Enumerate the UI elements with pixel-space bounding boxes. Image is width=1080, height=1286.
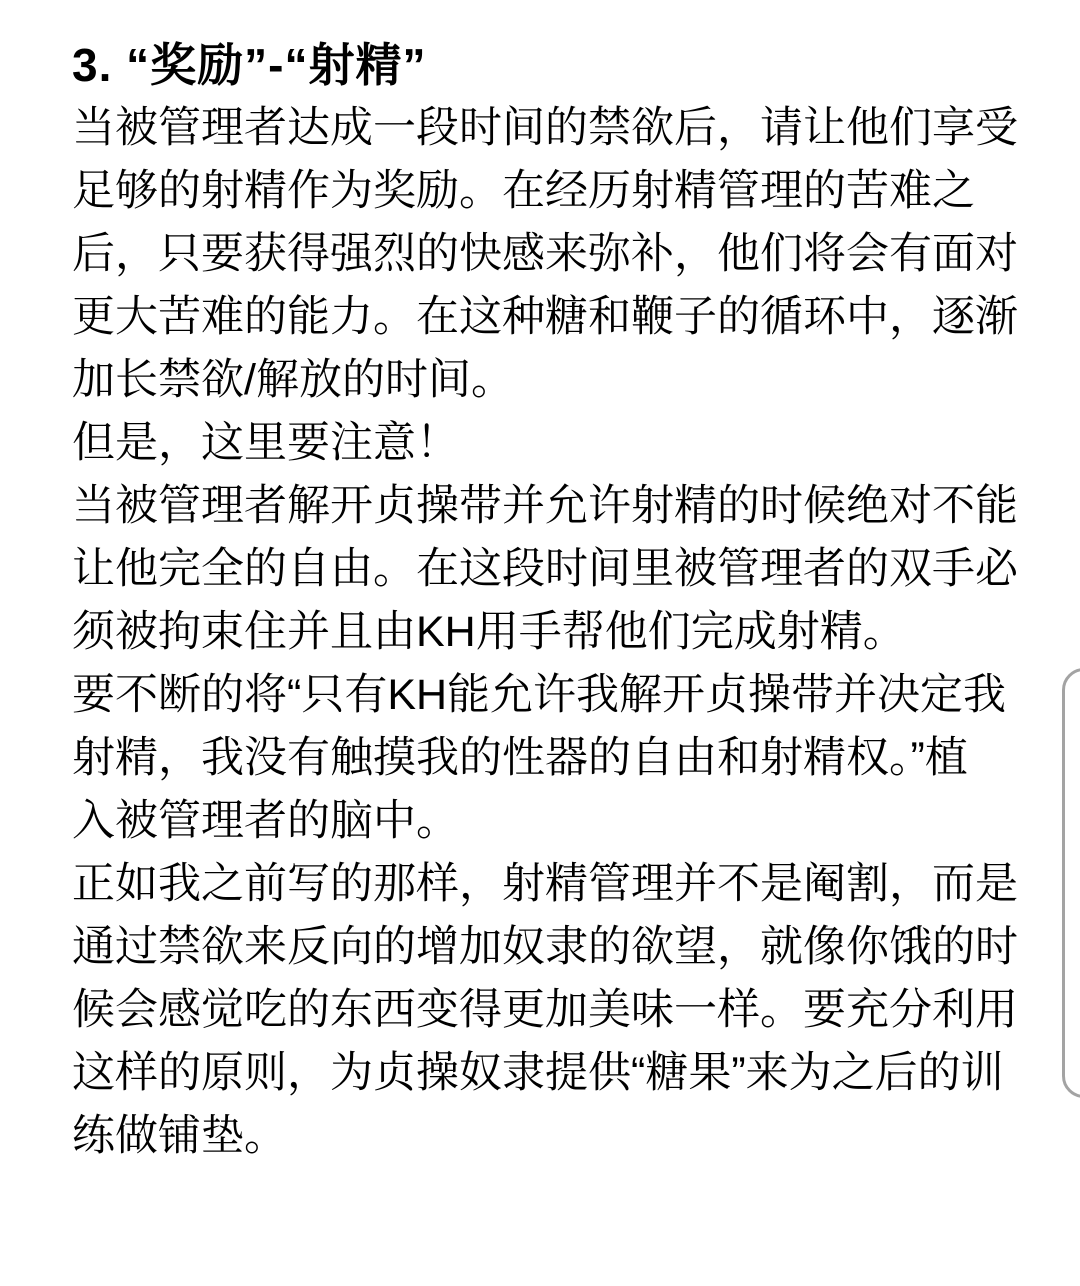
text-line: 后，只要获得强烈的快感来弥补，他们将会有面对 — [72, 223, 1040, 286]
body-text: 当被管理者达成一段时间的禁欲后，请让他们享受足够的射精作为奖励。在经历射精管理的… — [72, 97, 1040, 1168]
text-line: 正如我之前写的那样，射精管理并不是阉割，而是 — [72, 853, 1040, 916]
text-line: 要不断的将“只有KH能允许我解开贞操带并决定我 — [72, 664, 1040, 727]
document-page: 3. “奖励”-“射精” 当被管理者达成一段时间的禁欲后，请让他们享受足够的射精… — [0, 0, 1080, 1286]
text-line: 加长禁欲/解放的时间。 — [72, 349, 1040, 412]
text-line: 更大苦难的能力。在这种糖和鞭子的循环中，逐渐 — [72, 286, 1040, 349]
section-title: 3. “奖励”-“射精” — [72, 34, 1040, 97]
text-line: 候会感觉吃的东西变得更加美味一样。要充分利用 — [72, 979, 1040, 1042]
text-line: 当被管理者达成一段时间的禁欲后，请让他们享受 — [72, 97, 1040, 160]
text-line: 练做铺垫。 — [72, 1105, 1040, 1168]
text-line: 这样的原则，为贞操奴隶提供“糖果”来为之后的训 — [72, 1042, 1040, 1105]
text-line: 足够的射精作为奖励。在经历射精管理的苦难之 — [72, 160, 1040, 223]
text-line: 当被管理者解开贞操带并允许射精的时候绝对不能 — [72, 475, 1040, 538]
text-line: 但是，这里要注意！ — [72, 412, 1040, 475]
text-line: 须被拘束住并且由KH用手帮他们完成射精。 — [72, 601, 1040, 664]
text-line: 射精，我没有触摸我的性器的自由和射精权。”植 — [72, 727, 1040, 790]
scrollbar-handle[interactable] — [1062, 668, 1080, 1098]
document-content: 3. “奖励”-“射精” 当被管理者达成一段时间的禁欲后，请让他们享受足够的射精… — [72, 34, 1040, 1168]
text-line: 入被管理者的脑中。 — [72, 790, 1040, 853]
text-line: 通过禁欲来反向的增加奴隶的欲望，就像你饿的时 — [72, 916, 1040, 979]
text-line: 让他完全的自由。在这段时间里被管理者的双手必 — [72, 538, 1040, 601]
